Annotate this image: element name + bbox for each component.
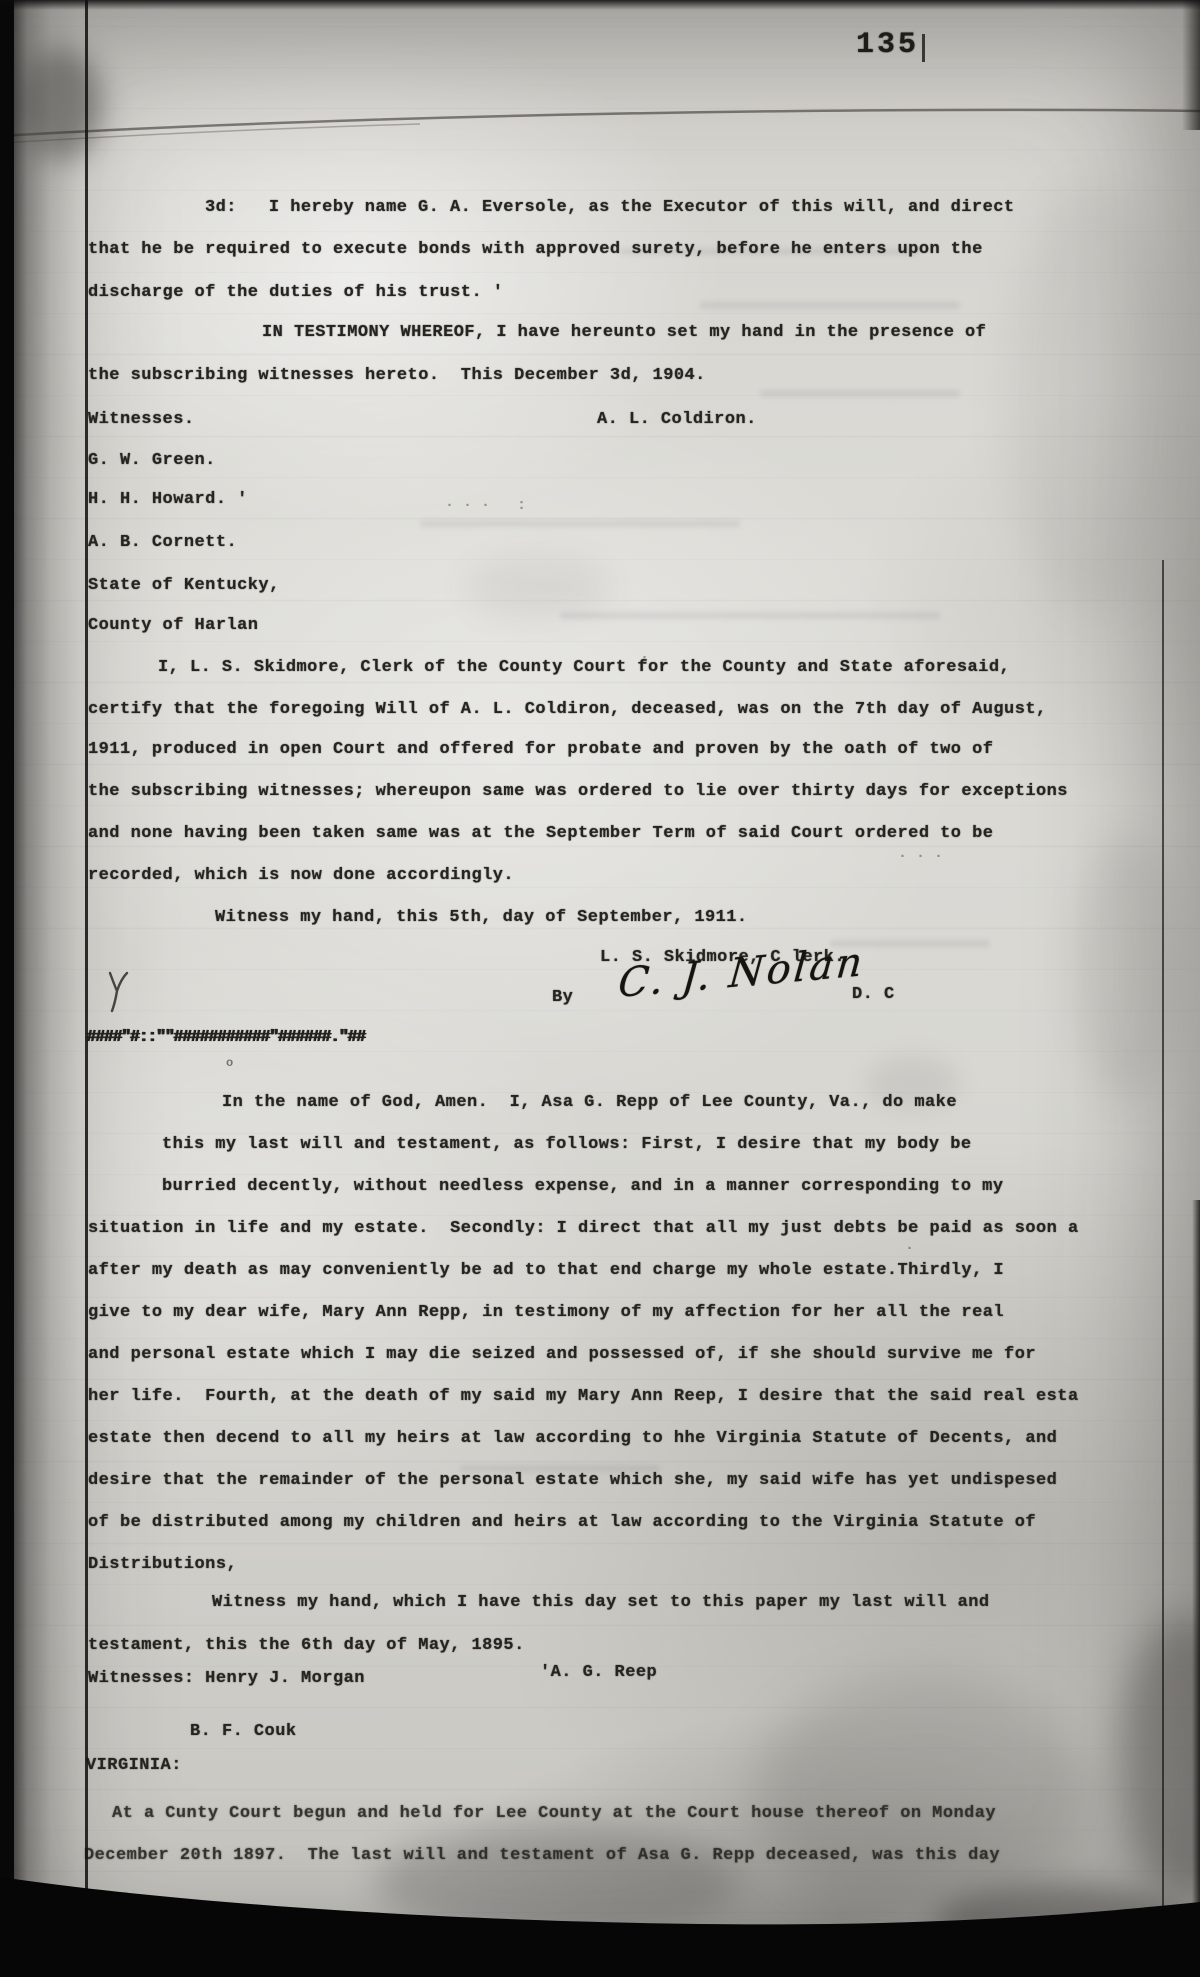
repp-attestation-line: testament, this the 6th day of May, 1895… <box>88 1636 525 1655</box>
stray-typed-character: o <box>226 1056 233 1070</box>
deputy-clerk-title: D. C <box>852 985 895 1004</box>
by-label: By <box>552 988 573 1007</box>
testator-signature-coldiron: A. L. Coldiron. <box>597 410 757 429</box>
attestation-line: Witness my hand, this 5th, day of Septem… <box>215 908 748 927</box>
bleedthrough-streak <box>700 302 960 309</box>
repp-attestation-line: Witness my hand, which I have this day s… <box>212 1593 990 1612</box>
stain-right-mid <box>1075 835 1180 1100</box>
faint-typed-marks: · · · : <box>445 497 526 514</box>
clause-3d-line: 3d: I hereby name G. A. Eversole, as the… <box>205 198 1015 217</box>
typed-strikeout-divider: ####"#::""###########"######."## <box>86 1028 364 1047</box>
venue-line: State of Kentucky, <box>88 576 280 595</box>
page-margin-rule <box>85 0 88 1915</box>
bleedthrough-streak <box>560 612 940 619</box>
testator-signature-repp: 'A. G. Reep <box>540 1663 657 1682</box>
repp-will-line: burried decently, without needless expen… <box>162 1177 1003 1196</box>
scan-bottom-black-edge <box>0 1817 1200 1977</box>
venue-line: County of Harlan <box>88 616 258 635</box>
page-number-tick-mark <box>922 34 925 62</box>
repp-will-line: this my last will and testament, as foll… <box>162 1135 972 1154</box>
bleedthrough-streak <box>760 390 960 397</box>
repp-will-line: her life. Fourth, at the death of my sai… <box>88 1387 1079 1406</box>
stain-right-faint <box>1005 185 1180 610</box>
repp-will-line: estate then decend to all my heirs at la… <box>88 1429 1057 1448</box>
repp-will-line: after my death as may conveniently be ad… <box>88 1261 1004 1280</box>
clause-3d-line: that he be required to execute bonds wit… <box>88 240 983 259</box>
faint-typed-marks: · · · <box>898 848 943 865</box>
probate-line: recorded, which is now done accordingly. <box>88 866 514 885</box>
repp-will-line: In the name of God, Amen. I, Asa G. Repp… <box>222 1093 957 1112</box>
witness-name: H. H. Howard. ' <box>88 490 248 509</box>
repp-will-line: situation in life and my estate. Secondl… <box>88 1219 1079 1238</box>
probate-line: and none having been taken same was at t… <box>88 824 993 843</box>
probate-line: I, L. S. Skidmore, Clerk of the County C… <box>158 658 1010 677</box>
testimony-line: the subscribing witnesses hereto. This D… <box>88 366 706 385</box>
repp-will-line: and personal estate which I may die seiz… <box>88 1345 1036 1364</box>
witness-name: A. B. Cornett. <box>88 533 237 552</box>
handwritten-check-mark <box>103 968 135 1016</box>
faint-typed-marks: · <box>905 1240 914 1257</box>
repp-will-line: Distributions, <box>88 1555 237 1574</box>
testimony-line: IN TESTIMONY WHEREOF, I have hereunto se… <box>262 323 986 342</box>
bleedthrough-streak <box>420 520 740 527</box>
clause-3d-line: discharge of the duties of his trust. ' <box>88 283 503 302</box>
repp-witness-name: B. F. Couk <box>190 1722 297 1741</box>
scan-left-edge <box>0 0 14 1977</box>
state-heading: VIRGINIA: <box>86 1756 182 1775</box>
witnesses-label: Witnesses. <box>88 410 195 429</box>
page-number: 135 <box>856 28 919 62</box>
repp-will-line: give to my dear wife, Mary Ann Repp, in … <box>88 1303 1004 1322</box>
scan-top-edge <box>0 0 1200 10</box>
repp-will-line: of be distributed among my children and … <box>88 1513 1036 1532</box>
probate-line: the subscribing witnesses; whereupon sam… <box>88 782 1068 801</box>
scan-top-right-corner <box>1182 0 1200 130</box>
scanned-will-record-page: 135 3d: I hereby name G. A. Eversole, as… <box>0 0 1200 1977</box>
witness-name: G. W. Green. <box>88 451 216 470</box>
stain-mid-faint <box>465 555 610 620</box>
horizontal-crease-line <box>0 0 1200 170</box>
probate-line: certify that the foregoing Will of A. L.… <box>88 700 1047 719</box>
probate-line: 1911, produced in open Court and offered… <box>88 740 993 759</box>
facing-page-edge-line <box>1162 560 1164 1910</box>
repp-witnesses-line: Witnesses: Henry J. Morgan <box>88 1669 365 1688</box>
repp-will-line: desire that the remainder of the persona… <box>88 1471 1057 1490</box>
faint-typed-marks: : <box>640 652 649 669</box>
